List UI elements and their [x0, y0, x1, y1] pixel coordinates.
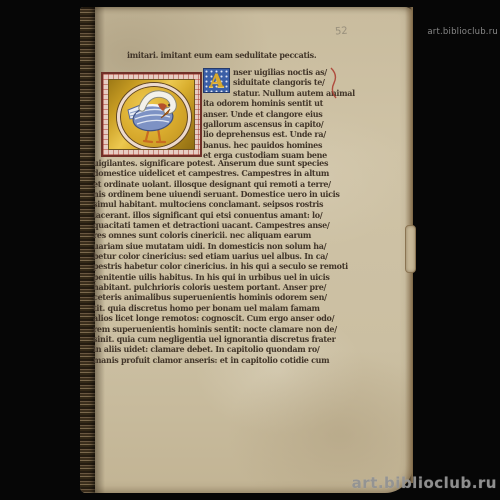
parchment-page: 52 imitari. imitant eum eam sedulitate p… — [80, 7, 413, 493]
miniature-pink-border — [103, 74, 200, 155]
text-line: quacitati tamen et detractioni uacant. C… — [93, 220, 345, 230]
text-line: banus. hec pauidos homines — [203, 140, 345, 150]
text-line: res omnes sunt coloris cinericii. nec al… — [93, 230, 345, 240]
text-column-beside-miniature: A nser uigilias noctis as/siduitate clan… — [203, 67, 345, 161]
text-line: simul habitant. multociens conclamant. s… — [93, 199, 345, 209]
fore-edge-tab — [405, 225, 416, 273]
folio-number: 52 — [335, 26, 348, 38]
text-line: in aliis uidet: clamare debet. In capito… — [93, 344, 345, 354]
text-line: rem superuenientis hominis sentit: nocte… — [93, 324, 345, 334]
rubric-line: imitari. imitant eum eam sedulitate pecc… — [127, 50, 316, 60]
main-text-block: uigilantes. significare potest. Anserum … — [93, 158, 345, 365]
text-line: tit. quia discretus homo per bonam uel m… — [93, 303, 345, 313]
watermark-top-right: art.biblioclub.ru — [427, 27, 498, 37]
illuminated-initial-A: A — [203, 68, 230, 93]
text-line: uigilantes. significare potest. Anserum … — [93, 158, 345, 168]
text-line: penitentie uilis habitus. In his qui in … — [93, 272, 345, 282]
text-line: lacerant. illos significant qui etsi con… — [93, 210, 345, 220]
text-line: anser. Unde et clangore eius — [203, 109, 345, 119]
text-line: pestris habetur color cinericius. in his… — [93, 261, 345, 271]
text-line: betur color cinericius: sed etiam uarius… — [93, 251, 345, 261]
goose-miniature-frame — [101, 72, 202, 157]
red-pen-flourish — [329, 67, 338, 99]
text-line: lio deprehensus est. Unde ra/ — [203, 129, 345, 139]
text-line: ceteris animalibus superuenientis homini… — [93, 292, 345, 302]
text-line: sinit. quia cum negligentia uel ignorant… — [93, 334, 345, 344]
goose-illustration — [120, 86, 188, 148]
miniature-gold-field — [108, 79, 195, 150]
watermark-bottom-right: art.biblioclub.ru — [352, 474, 497, 492]
text-line: alios licet longe remotos: cognoscit. Cu… — [93, 313, 345, 323]
text-line: habitant. pulchrioris coloris uestem por… — [93, 282, 345, 292]
manuscript-photo: 52 imitari. imitant eum eam sedulitate p… — [0, 0, 500, 500]
text-line: ita odorem hominis sentit ut — [203, 98, 345, 108]
text-line: nis ordinem bene uiuendi seruant. Domest… — [93, 189, 345, 199]
gold-medallion — [117, 83, 191, 151]
text-line: manis profuit clamor anseris: et in capi… — [93, 355, 345, 365]
text-line: gallorum ascensus in capito/ — [203, 119, 345, 129]
text-line: et ordinate uolant. illosque designant q… — [93, 179, 345, 189]
text-line: uariam siue mutatam uidi. In domesticis … — [93, 241, 345, 251]
text-line: domestice uidelicet et campestres. Campe… — [93, 168, 345, 178]
